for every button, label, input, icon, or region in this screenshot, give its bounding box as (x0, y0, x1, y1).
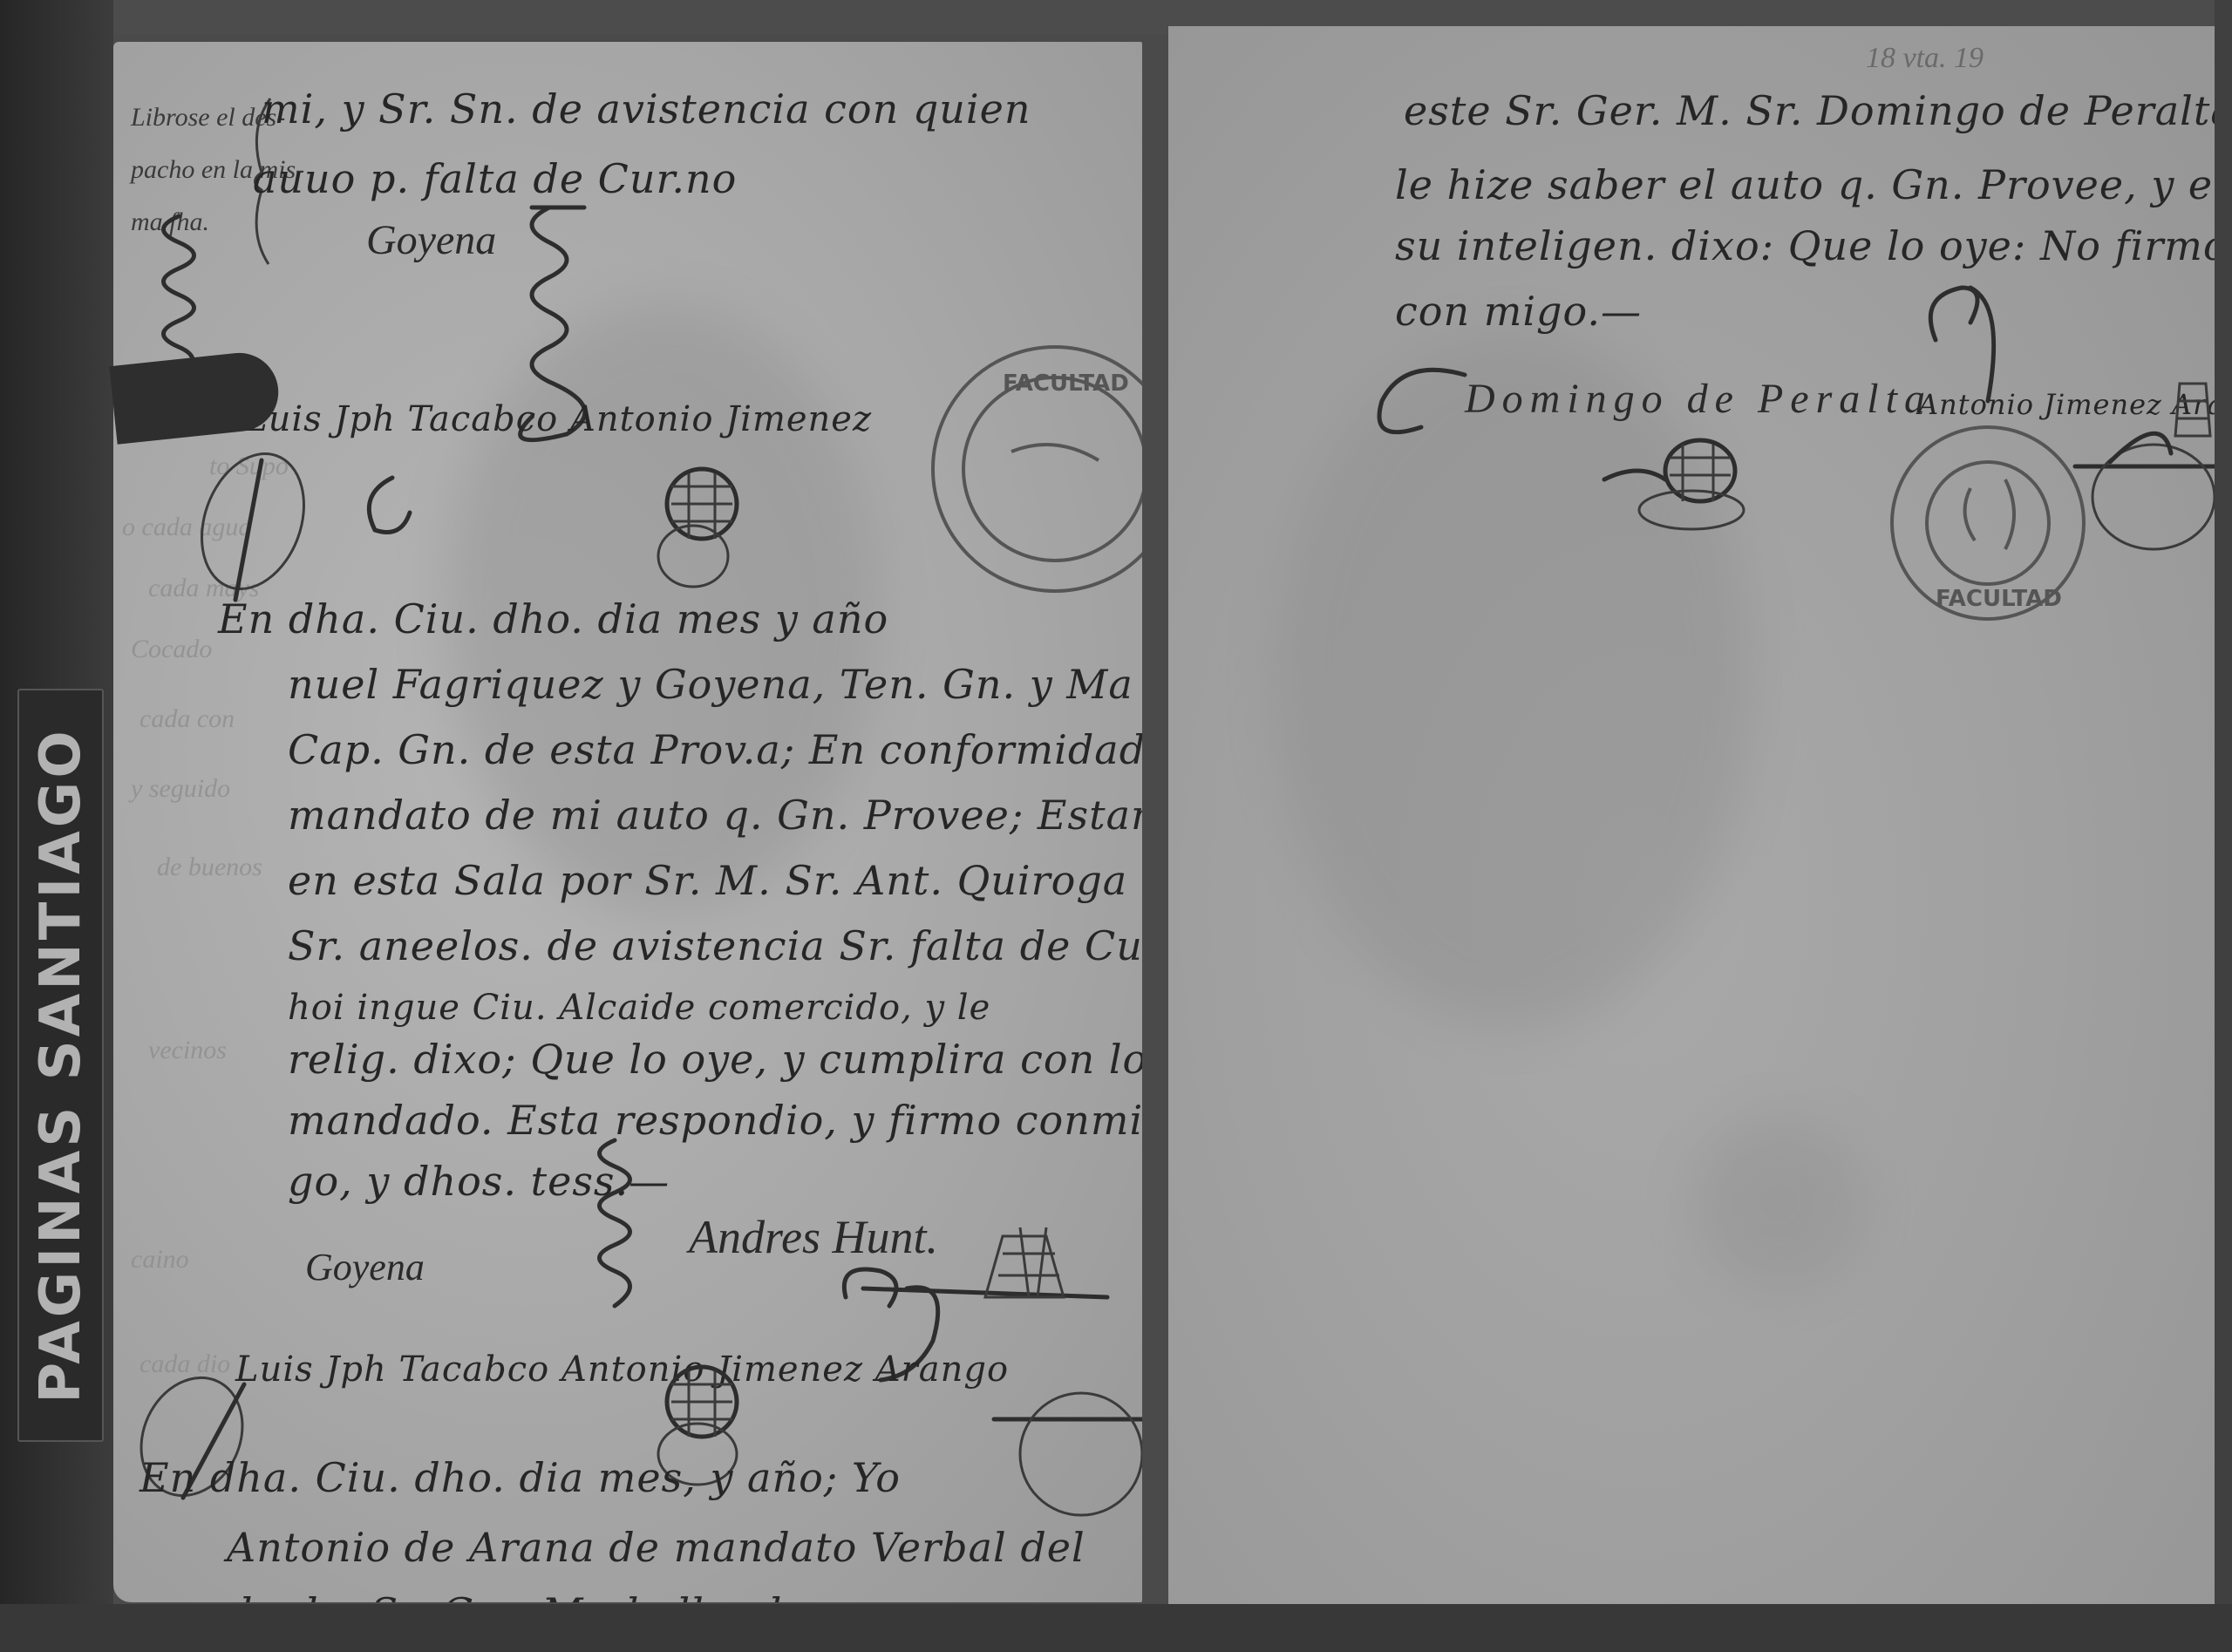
text-line: nuel Fagriquez y Goyena, Ten. Gn. y Ma (288, 661, 1133, 708)
text-line: en esta Sala por Sr. M. Sr. Ant. Quiroga (288, 857, 1127, 904)
spine-label-text: PAGINAS SANTIAGO (29, 727, 93, 1404)
stain (1691, 1116, 1866, 1290)
text-line: su inteligen. dixo: Que lo oye: No firmo (1395, 222, 2215, 269)
rubric-flourish (567, 1140, 663, 1315)
stamp-seal: FACULTAD (1875, 418, 2101, 628)
text-line: hoi ingue Ciu. Alcaide comercido, y le (288, 988, 990, 1028)
text-line: mandato de mi auto q. Gn. Provee; Estand… (288, 792, 1142, 839)
text-line: relig. dixo; Que lo oye, y cumplira con … (288, 1036, 1142, 1083)
text-line: este Sr. Ger. M. Sr. Domingo de Peralta (1404, 87, 2215, 134)
text-line: dmdo. Sr. Ger. M.; hallandome en (227, 1589, 936, 1602)
ghost-text: vecinos (148, 1036, 227, 1065)
knot-rubric (2171, 375, 2215, 445)
signature-domingo-de-peralta: Domingo de Peralta (1465, 375, 1932, 423)
folio-number: 18 vta. 19 (1866, 42, 1984, 75)
spine-label: PAGINAS SANTIAGO (17, 689, 104, 1442)
ghost-text: Cocado (131, 635, 212, 664)
text-line: Antonio de Arana de mandato Verbal del (227, 1524, 1085, 1571)
text-line: Luis Jph Tacabco Antonio Jimenez (244, 399, 872, 439)
stamp-seal: FACULTAD (924, 338, 1142, 600)
stamp-text: FACULTAD (1003, 371, 1129, 397)
ghost-text: de buenos (157, 853, 262, 882)
left-page: Librose el des- pacho en la mis- ma fha.… (113, 42, 1142, 1602)
right-page: 18 vta. 19 este Sr. Ger. M. Sr. Domingo … (1168, 26, 2215, 1621)
text-line: mandado. Esta respondio, y firmo conmi- (288, 1097, 1142, 1144)
page-gutter (1142, 52, 1167, 1639)
text-line: Sr. aneelos. de avistencia Sr. falta de … (288, 922, 1142, 969)
bottom-edge (0, 1604, 2232, 1652)
text-line: auuo p. falta de Cur.no (253, 155, 737, 202)
knot-rubric (654, 460, 750, 591)
text-line: En dha. Ciu. dho. dia mes, y año; Yo (139, 1454, 901, 1501)
signature-goyena: Goyena (305, 1245, 425, 1289)
ghost-text: caino (131, 1245, 189, 1275)
ghost-text: cada con (139, 704, 235, 734)
notary-name: Antonio Jimenez Arango (1918, 388, 2215, 421)
text-line: mi, y Sr. Sn. de avistencia con quien (262, 85, 1031, 133)
ghost-text: y seguido (131, 774, 230, 804)
rubric-flourish (201, 443, 462, 617)
stamp-text: FACULTAD (1936, 586, 2062, 612)
text-line: le hize saber el auto q. Gn. Provee, y e… (1395, 161, 2215, 208)
text-line: En dha. Ciu. dho. dia mes y año (218, 595, 888, 642)
text-line: Cap. Gn. de esta Prov.a; En conformidad … (288, 726, 1142, 773)
right-edge (2215, 0, 2232, 1652)
rubric-flourish (985, 1367, 1142, 1524)
signature-initial-flourish (1369, 357, 1473, 462)
knot-rubric (1604, 427, 1744, 532)
text-line: con migo.— (1395, 288, 1642, 335)
signature-goyena: Goyena (366, 216, 496, 264)
